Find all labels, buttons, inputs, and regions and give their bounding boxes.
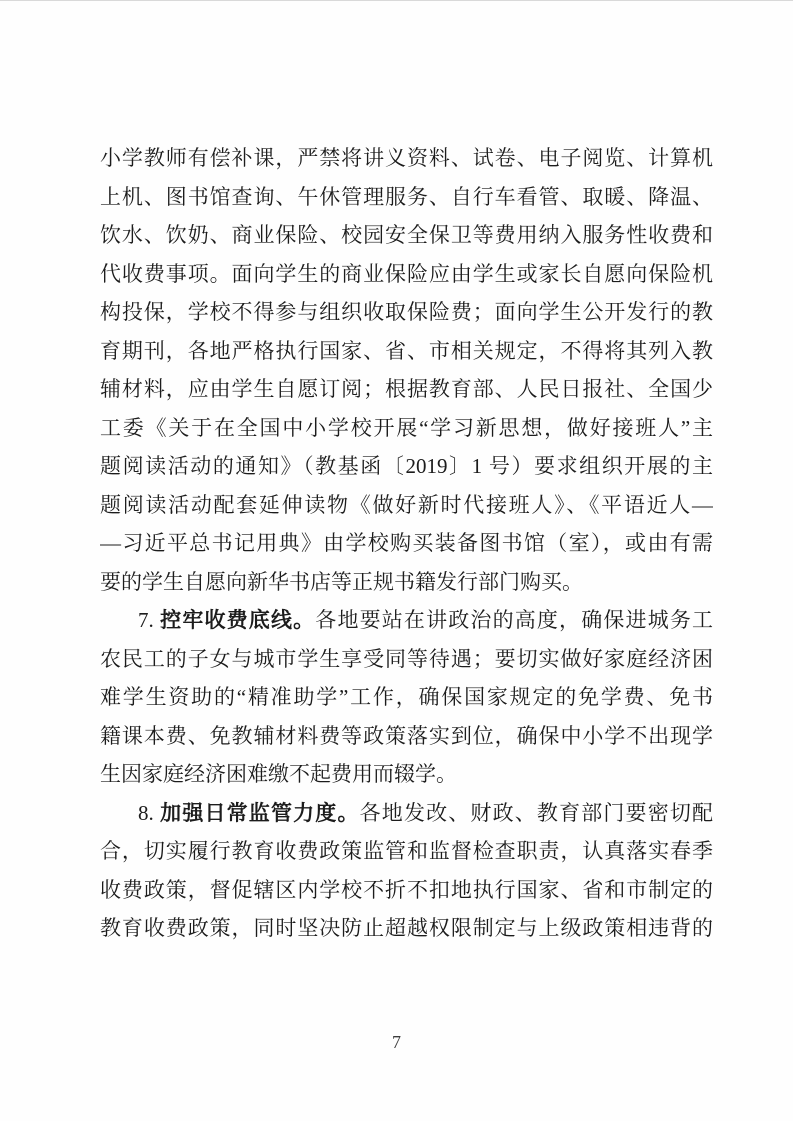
text-line: 饮水、饮奶、商业保险、校园安全保卫等费用纳入服务性收费和 <box>100 216 713 255</box>
text-segment: 上机、图书馆查询、午休管理服务、自行车看管、取暖、降温、 <box>100 185 713 209</box>
text-line: 难学生资助的“精准助学”工作，确保国家规定的免学费、免书 <box>100 678 713 717</box>
text-segment: 饮水、饮奶、商业保险、校园安全保卫等费用纳入服务性收费和 <box>100 223 713 247</box>
text-segment: 合，切实履行教育收费政策监管和监督检查职责，认真落实春季 <box>100 839 713 863</box>
text-segment: 题阅读活动的通知》（教基函〔2019〕1 号）要求组织开展的主 <box>100 454 713 478</box>
text-segment: 工委《关于在全国中小学校开展“学习新思想，做好接班人”主 <box>100 416 713 440</box>
text-line: 小学教师有偿补课，严禁将讲义资料、试卷、电子阅览、计算机 <box>100 139 713 178</box>
text-segment: 教育收费政策，同时坚决防止超越权限制定与上级政策相违背的 <box>100 916 713 940</box>
text-segment: 辅材料，应由学生自愿订阅；根据教育部、人民日报社、全国少 <box>100 377 713 401</box>
text-line: 题阅读活动的通知》（教基函〔2019〕1 号）要求组织开展的主 <box>100 447 713 486</box>
text-segment: 生因家庭经济困难缴不起费用而辍学。 <box>100 762 457 786</box>
text-segment: 7. <box>138 608 160 632</box>
text-segment: 难学生资助的“精准助学”工作，确保国家规定的免学费、免书 <box>100 685 713 709</box>
paragraph-item-8: 8. 加强日常监管力度。各地发改、财政、教育部门要密切配合，切实履行教育收费政策… <box>100 794 713 948</box>
text-segment: 各地要站在讲政治的高度，确保进城务工 <box>315 608 713 632</box>
text-line: 合，切实履行教育收费政策监管和监督检查职责，认真落实春季 <box>100 832 713 871</box>
text-segment: 小学教师有偿补课，严禁将讲义资料、试卷、电子阅览、计算机 <box>100 146 713 170</box>
text-line: 农民工的子女与城市学生享受同等待遇；要切实做好家庭经济困 <box>100 640 713 679</box>
text-segment: 要的学生自愿向新华书店等正规书籍发行部门购买。 <box>100 570 583 594</box>
text-line: 8. 加强日常监管力度。各地发改、财政、教育部门要密切配 <box>100 794 713 833</box>
text-segment: 农民工的子女与城市学生享受同等待遇；要切实做好家庭经济困 <box>100 647 713 671</box>
text-segment: 各地发改、财政、教育部门要密切配 <box>360 801 713 825</box>
text-line: 上机、图书馆查询、午休管理服务、自行车看管、取暖、降温、 <box>100 178 713 217</box>
text-line: 代收费事项。面向学生的商业保险应由学生或家长自愿向保险机 <box>100 255 713 294</box>
paragraph-item-7: 7. 控牢收费底线。各地要站在讲政治的高度，确保进城务工农民工的子女与城市学生享… <box>100 601 713 794</box>
text-line: 工委《关于在全国中小学校开展“学习新思想，做好接班人”主 <box>100 409 713 448</box>
text-line: —习近平总书记用典》由学校购买装备图书馆（室），或由有需 <box>100 524 713 563</box>
item-lead-phrase: 控牢收费底线。 <box>160 608 315 632</box>
text-segment: 构投保，学校不得参与组织收取保险费；面向学生公开发行的教 <box>100 300 713 324</box>
document-body: 小学教师有偿补课，严禁将讲义资料、试卷、电子阅览、计算机上机、图书馆查询、午休管… <box>100 139 713 948</box>
text-line: 辅材料，应由学生自愿订阅；根据教育部、人民日报社、全国少 <box>100 370 713 409</box>
text-segment: 籍课本费、免教辅材料费等政策落实到位，确保中小学不出现学 <box>100 724 713 748</box>
text-segment: 8. <box>138 801 160 825</box>
text-line: 收费政策，督促辖区内学校不折不扣地执行国家、省和市制定的 <box>100 871 713 910</box>
page-top-edge <box>0 0 793 1</box>
text-line: 要的学生自愿向新华书店等正规书籍发行部门购买。 <box>100 563 713 602</box>
text-segment: 题阅读活动配套延伸读物《做好新时代接班人》、《平语近人— <box>100 493 713 517</box>
paragraph-continuation: 小学教师有偿补课，严禁将讲义资料、试卷、电子阅览、计算机上机、图书馆查询、午休管… <box>100 139 713 601</box>
item-lead-phrase: 加强日常监管力度。 <box>160 801 359 825</box>
text-segment: 育期刊，各地严格执行国家、省、市相关规定，不得将其列入教 <box>100 339 713 363</box>
text-line: 籍课本费、免教辅材料费等政策落实到位，确保中小学不出现学 <box>100 717 713 756</box>
text-line: 教育收费政策，同时坚决防止超越权限制定与上级政策相违背的 <box>100 909 713 948</box>
page-number: 7 <box>0 1031 793 1053</box>
text-segment: 收费政策，督促辖区内学校不折不扣地执行国家、省和市制定的 <box>100 878 713 902</box>
text-line: 生因家庭经济困难缴不起费用而辍学。 <box>100 755 713 794</box>
document-page: 小学教师有偿补课，严禁将讲义资料、试卷、电子阅览、计算机上机、图书馆查询、午休管… <box>0 0 793 1121</box>
text-segment: —习近平总书记用典》由学校购买装备图书馆（室），或由有需 <box>100 531 713 555</box>
text-line: 题阅读活动配套延伸读物《做好新时代接班人》、《平语近人— <box>100 486 713 525</box>
text-segment: 代收费事项。面向学生的商业保险应由学生或家长自愿向保险机 <box>100 262 713 286</box>
text-line: 育期刊，各地严格执行国家、省、市相关规定，不得将其列入教 <box>100 332 713 371</box>
text-line: 7. 控牢收费底线。各地要站在讲政治的高度，确保进城务工 <box>100 601 713 640</box>
text-line: 构投保，学校不得参与组织收取保险费；面向学生公开发行的教 <box>100 293 713 332</box>
